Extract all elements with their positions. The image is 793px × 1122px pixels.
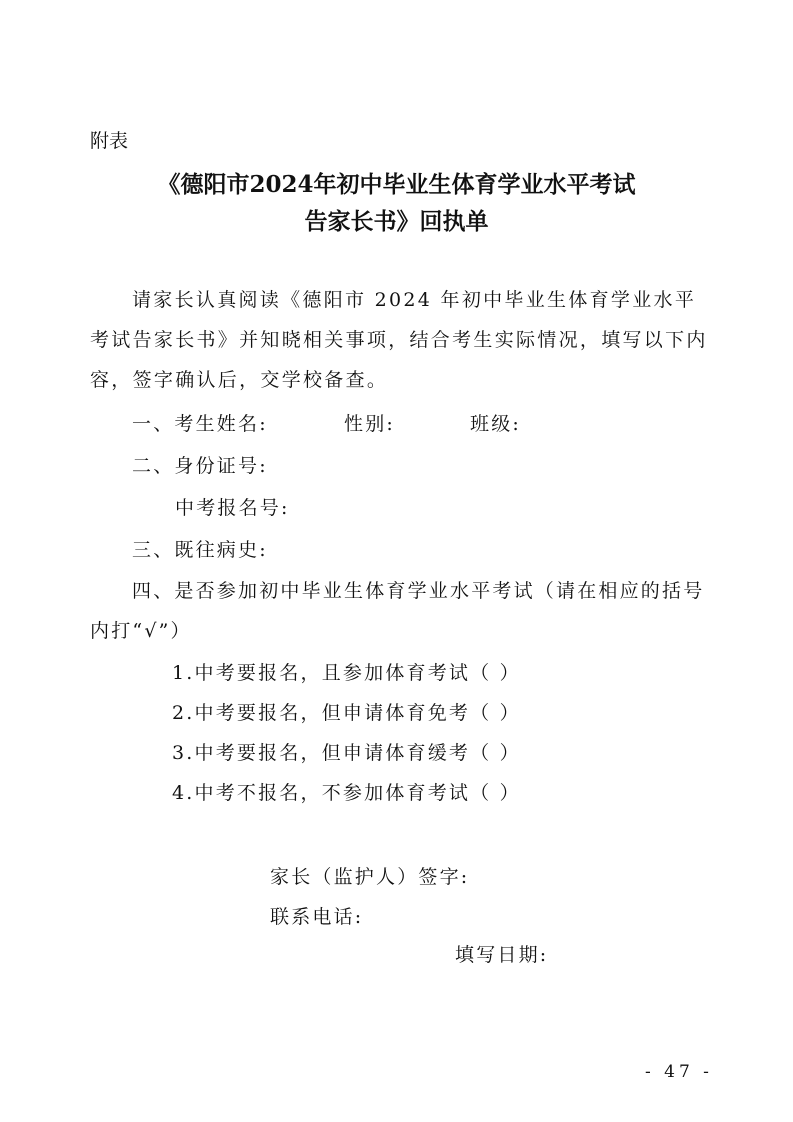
intro-paragraph: 请家长认真阅读《德阳市 2024 年初中毕业生体育学业水平考试告家长书》并知晓相… — [90, 280, 710, 400]
student-name-label: 一、考生姓名: — [132, 409, 268, 436]
id-number-label: 二、身份证号: — [132, 451, 268, 478]
document-title-line2: 告家长书》回执单 — [0, 203, 793, 236]
medical-history-label: 三、既往病史: — [132, 535, 268, 562]
question-text-line2: 内打“√”） — [90, 616, 192, 643]
page-number: - 47 - — [645, 1062, 713, 1082]
option-3[interactable]: 3.中考要报名，但申请体育缓考（ ） — [172, 738, 521, 765]
option-4[interactable]: 4.中考不报名，不参加体育考试（ ） — [172, 778, 521, 805]
gender-label: 性别: — [344, 409, 395, 436]
question-text-line1: 四、是否参加初中毕业生体育学业水平考试（请在相应的括号 — [132, 576, 704, 603]
contact-phone-label: 联系电话: — [270, 902, 363, 929]
fill-date-label: 填写日期: — [455, 940, 548, 967]
exam-registration-label: 中考报名号: — [175, 493, 290, 520]
appendix-label: 附表 — [90, 126, 128, 153]
parent-signature-label: 家长（监护人）签字: — [270, 862, 469, 889]
document-title-line1: 《德阳市2024年初中毕业生体育学业水平考试 — [0, 166, 793, 199]
option-1[interactable]: 1.中考要报名，且参加体育考试（ ） — [172, 658, 521, 685]
class-label: 班级: — [470, 409, 521, 436]
option-2[interactable]: 2.中考要报名，但申请体育免考（ ） — [172, 698, 521, 725]
